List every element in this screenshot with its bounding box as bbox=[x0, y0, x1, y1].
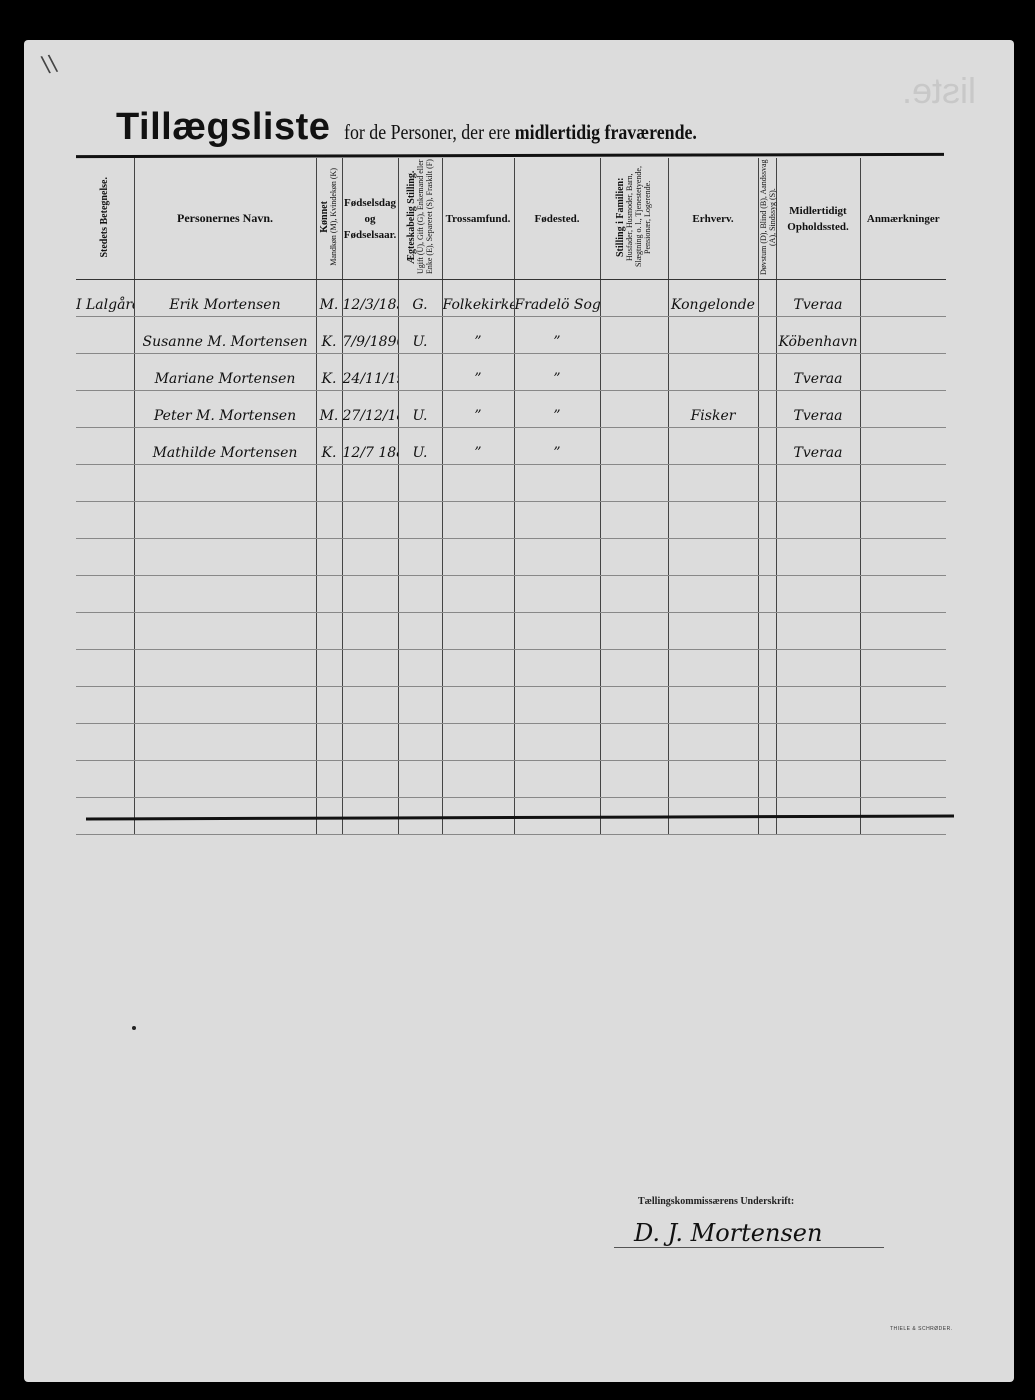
cell-marital bbox=[398, 687, 442, 724]
cell-birthdate bbox=[342, 465, 398, 502]
form-title: Tillægsliste for de Personer, der ere mi… bbox=[116, 106, 760, 149]
cell-name bbox=[134, 576, 316, 613]
cell-religion bbox=[442, 465, 514, 502]
cell-place bbox=[76, 391, 134, 428]
cell-temp-residence bbox=[776, 539, 860, 576]
cell-religion: ” bbox=[442, 391, 514, 428]
cell-religion bbox=[442, 650, 514, 687]
cell-birthplace: Fradelö Sogn bbox=[514, 280, 600, 317]
census-form-page: \\ liste. Tillægsliste for de Personer, … bbox=[24, 40, 1014, 1382]
cell-birthplace bbox=[514, 613, 600, 650]
cell-religion bbox=[442, 613, 514, 650]
cell-remarks bbox=[860, 687, 946, 724]
table-row bbox=[76, 687, 946, 724]
title-main: Tillægsliste bbox=[116, 106, 330, 148]
cell-family-position bbox=[600, 465, 668, 502]
cell-place bbox=[76, 761, 134, 798]
cell-disability bbox=[758, 576, 776, 613]
cell-disability bbox=[758, 613, 776, 650]
cell-birthdate bbox=[342, 650, 398, 687]
cell-marital bbox=[398, 539, 442, 576]
cell-name: Mariane Mortensen bbox=[134, 354, 316, 391]
cell-birthplace bbox=[514, 576, 600, 613]
cell-sex bbox=[316, 613, 342, 650]
cell-remarks bbox=[860, 428, 946, 465]
cell-temp-residence: Köbenhavn bbox=[776, 317, 860, 354]
cell-disability bbox=[758, 465, 776, 502]
census-rows: I LalgårdiErik MortensenM.12/3/1853G.Fol… bbox=[76, 280, 946, 835]
cell-place bbox=[76, 428, 134, 465]
cell-birthdate: 12/7 1886 bbox=[342, 428, 398, 465]
cell-religion bbox=[442, 576, 514, 613]
cell-disability bbox=[758, 650, 776, 687]
corner-pencil-mark: \\ bbox=[40, 51, 59, 78]
cell-remarks bbox=[860, 761, 946, 798]
cell-occupation bbox=[668, 465, 758, 502]
cell-religion bbox=[442, 761, 514, 798]
cell-sex bbox=[316, 502, 342, 539]
cell-sex bbox=[316, 539, 342, 576]
cell-sex: K. bbox=[316, 428, 342, 465]
cell-occupation bbox=[668, 650, 758, 687]
cell-remarks bbox=[860, 539, 946, 576]
cell-disability bbox=[758, 317, 776, 354]
cell-temp-residence bbox=[776, 613, 860, 650]
cell-place bbox=[76, 724, 134, 761]
cell-birthdate bbox=[342, 502, 398, 539]
cell-name: Mathilde Mortensen bbox=[134, 428, 316, 465]
cell-religion bbox=[442, 724, 514, 761]
cell-marital bbox=[398, 613, 442, 650]
cell-family-position bbox=[600, 539, 668, 576]
cell-occupation bbox=[668, 502, 758, 539]
cell-marital: U. bbox=[398, 391, 442, 428]
cell-temp-residence bbox=[776, 576, 860, 613]
cell-sex bbox=[316, 724, 342, 761]
cell-family-position bbox=[600, 613, 668, 650]
cell-name bbox=[134, 539, 316, 576]
cell-temp-residence: Tveraa bbox=[776, 428, 860, 465]
cell-marital bbox=[398, 761, 442, 798]
cell-religion: ” bbox=[442, 354, 514, 391]
cell-birthplace: ” bbox=[514, 317, 600, 354]
cell-remarks bbox=[860, 576, 946, 613]
table-row bbox=[76, 650, 946, 687]
table-row bbox=[76, 502, 946, 539]
cell-temp-residence bbox=[776, 465, 860, 502]
cell-occupation bbox=[668, 613, 758, 650]
table-row: Mathilde MortensenK.12/7 1886U.””Tveraa bbox=[76, 428, 946, 465]
cell-name bbox=[134, 724, 316, 761]
cell-disability bbox=[758, 539, 776, 576]
cell-disability bbox=[758, 724, 776, 761]
cell-name bbox=[134, 650, 316, 687]
header-occupation: Erhverv. bbox=[668, 158, 758, 280]
cell-marital bbox=[398, 354, 442, 391]
cell-family-position bbox=[600, 354, 668, 391]
header-place: Stedets Betegnelse. bbox=[76, 158, 134, 280]
header-birthdate: Fødselsdag og Fødselsaar. bbox=[342, 158, 398, 280]
cell-place bbox=[76, 576, 134, 613]
cell-temp-residence bbox=[776, 502, 860, 539]
cell-family-position bbox=[600, 280, 668, 317]
cell-place: I Lalgårdi bbox=[76, 280, 134, 317]
cell-remarks bbox=[860, 280, 946, 317]
cell-temp-residence bbox=[776, 724, 860, 761]
cell-birthplace bbox=[514, 650, 600, 687]
table-row bbox=[76, 613, 946, 650]
cell-birthdate: 27/12/1885 bbox=[342, 391, 398, 428]
cell-birthplace: ” bbox=[514, 354, 600, 391]
cell-place bbox=[76, 613, 134, 650]
cell-marital bbox=[398, 724, 442, 761]
cell-name: Erik Mortensen bbox=[134, 280, 316, 317]
cell-occupation: Fisker bbox=[668, 391, 758, 428]
cell-disability bbox=[758, 354, 776, 391]
cell-place bbox=[76, 317, 134, 354]
signature-value: D. J. Mortensen bbox=[614, 1219, 884, 1248]
cell-disability bbox=[758, 502, 776, 539]
cell-birthdate bbox=[342, 576, 398, 613]
cell-birthplace: ” bbox=[514, 391, 600, 428]
cell-disability bbox=[758, 687, 776, 724]
cell-occupation bbox=[668, 354, 758, 391]
cell-remarks bbox=[860, 613, 946, 650]
header-sex: KønnetMandkøn (M), Kvindekøn (K) bbox=[316, 158, 342, 280]
cell-remarks bbox=[860, 465, 946, 502]
cell-marital bbox=[398, 502, 442, 539]
cell-marital bbox=[398, 650, 442, 687]
table-row: Peter M. MortensenM.27/12/1885U.””Fisker… bbox=[76, 391, 946, 428]
table-row: Mariane MortensenK.24/11/1906””Tveraa bbox=[76, 354, 946, 391]
printer-imprint: THIELE & SCHRØDER. bbox=[890, 1326, 953, 1332]
cell-marital: U. bbox=[398, 428, 442, 465]
cell-occupation bbox=[668, 428, 758, 465]
cell-religion bbox=[442, 539, 514, 576]
table-row bbox=[76, 576, 946, 613]
cell-occupation bbox=[668, 761, 758, 798]
header-temp-residence: Midlertidigt Opholdssted. bbox=[776, 158, 860, 280]
cell-birthplace bbox=[514, 502, 600, 539]
cell-remarks bbox=[860, 502, 946, 539]
cell-sex: M. bbox=[316, 280, 342, 317]
table-row bbox=[76, 761, 946, 798]
cell-name bbox=[134, 465, 316, 502]
cell-name bbox=[134, 761, 316, 798]
cell-birthdate bbox=[342, 687, 398, 724]
cell-sex bbox=[316, 465, 342, 502]
cell-family-position bbox=[600, 761, 668, 798]
ink-dot bbox=[132, 1026, 136, 1030]
cell-temp-residence bbox=[776, 761, 860, 798]
table-row: I LalgårdiErik MortensenM.12/3/1853G.Fol… bbox=[76, 280, 946, 317]
cell-birthplace bbox=[514, 539, 600, 576]
cell-birthdate: 24/11/1906 bbox=[342, 354, 398, 391]
cell-occupation bbox=[668, 724, 758, 761]
cell-religion bbox=[442, 502, 514, 539]
cell-remarks bbox=[860, 354, 946, 391]
cell-name bbox=[134, 687, 316, 724]
cell-temp-residence: Tveraa bbox=[776, 354, 860, 391]
cell-birthdate: 7/9/1890 bbox=[342, 317, 398, 354]
signature-label: Tællingskommissærens Underskrift: bbox=[638, 1196, 884, 1207]
cell-temp-residence bbox=[776, 650, 860, 687]
cell-place bbox=[76, 465, 134, 502]
cell-name: Peter M. Mortensen bbox=[134, 391, 316, 428]
cell-disability bbox=[758, 761, 776, 798]
bleed-through-text: liste. bbox=[902, 70, 976, 112]
cell-religion: ” bbox=[442, 317, 514, 354]
cell-temp-residence: Tveraa bbox=[776, 280, 860, 317]
cell-birthplace bbox=[514, 465, 600, 502]
table-row bbox=[76, 539, 946, 576]
cell-occupation bbox=[668, 317, 758, 354]
cell-religion: Folkekirken bbox=[442, 280, 514, 317]
cell-sex bbox=[316, 761, 342, 798]
cell-family-position bbox=[600, 724, 668, 761]
cell-family-position bbox=[600, 576, 668, 613]
table-row bbox=[76, 465, 946, 502]
cell-birthplace bbox=[514, 687, 600, 724]
cell-birthdate bbox=[342, 613, 398, 650]
cell-birthplace bbox=[514, 761, 600, 798]
signature-block: Tællingskommissærens Underskrift: D. J. … bbox=[614, 1196, 884, 1248]
cell-place bbox=[76, 798, 134, 835]
cell-birthdate bbox=[342, 724, 398, 761]
header-row: Stedets Betegnelse. Personernes Navn. Kø… bbox=[76, 158, 946, 280]
cell-place bbox=[76, 687, 134, 724]
cell-birthdate bbox=[342, 761, 398, 798]
cell-temp-residence bbox=[776, 687, 860, 724]
cell-remarks bbox=[860, 650, 946, 687]
cell-place bbox=[76, 354, 134, 391]
cell-birthplace: ” bbox=[514, 428, 600, 465]
cell-family-position bbox=[600, 317, 668, 354]
cell-religion: ” bbox=[442, 428, 514, 465]
cell-sex bbox=[316, 687, 342, 724]
cell-name bbox=[134, 502, 316, 539]
cell-family-position bbox=[600, 502, 668, 539]
cell-family-position bbox=[600, 428, 668, 465]
header-family-position: Stilling i Familien:Husfader, Husmoder, … bbox=[600, 158, 668, 280]
cell-disability bbox=[758, 391, 776, 428]
cell-marital: U. bbox=[398, 317, 442, 354]
cell-religion bbox=[442, 687, 514, 724]
cell-sex bbox=[316, 650, 342, 687]
cell-sex bbox=[316, 576, 342, 613]
cell-place bbox=[76, 650, 134, 687]
header-birthplace: Fødested. bbox=[514, 158, 600, 280]
cell-name: Susanne M. Mortensen bbox=[134, 317, 316, 354]
table-row: Susanne M. MortensenK.7/9/1890U.””Köbenh… bbox=[76, 317, 946, 354]
cell-birthplace bbox=[514, 724, 600, 761]
title-sub: for de Personer, der ere midlertidig fra… bbox=[344, 120, 697, 145]
cell-family-position bbox=[600, 687, 668, 724]
cell-occupation bbox=[668, 539, 758, 576]
cell-marital bbox=[398, 576, 442, 613]
cell-sex: M. bbox=[316, 391, 342, 428]
cell-temp-residence: Tveraa bbox=[776, 391, 860, 428]
cell-family-position bbox=[600, 391, 668, 428]
cell-birthdate: 12/3/1853 bbox=[342, 280, 398, 317]
cell-occupation: Kongelonde bbox=[668, 280, 758, 317]
header-disability: Døvstum (D), Blind (B), Aandssvag (A), S… bbox=[758, 158, 776, 280]
cell-birthdate bbox=[342, 539, 398, 576]
cell-family-position bbox=[600, 650, 668, 687]
header-religion: Trossamfund. bbox=[442, 158, 514, 280]
cell-disability bbox=[758, 280, 776, 317]
header-marital: Ægteskabelig Stilling.Ugift (U), Gift (G… bbox=[398, 158, 442, 280]
cell-name bbox=[134, 613, 316, 650]
cell-remarks bbox=[860, 724, 946, 761]
cell-remarks bbox=[860, 317, 946, 354]
cell-sex: K. bbox=[316, 354, 342, 391]
cell-disability bbox=[758, 428, 776, 465]
header-remarks: Anmærkninger bbox=[860, 158, 946, 280]
cell-sex: K. bbox=[316, 317, 342, 354]
cell-place bbox=[76, 502, 134, 539]
cell-place bbox=[76, 539, 134, 576]
header-name: Personernes Navn. bbox=[134, 158, 316, 280]
cell-occupation bbox=[668, 687, 758, 724]
cell-marital bbox=[398, 465, 442, 502]
cell-marital: G. bbox=[398, 280, 442, 317]
table-row bbox=[76, 724, 946, 761]
census-table: Stedets Betegnelse. Personernes Navn. Kø… bbox=[76, 158, 946, 835]
cell-occupation bbox=[668, 576, 758, 613]
cell-remarks bbox=[860, 391, 946, 428]
